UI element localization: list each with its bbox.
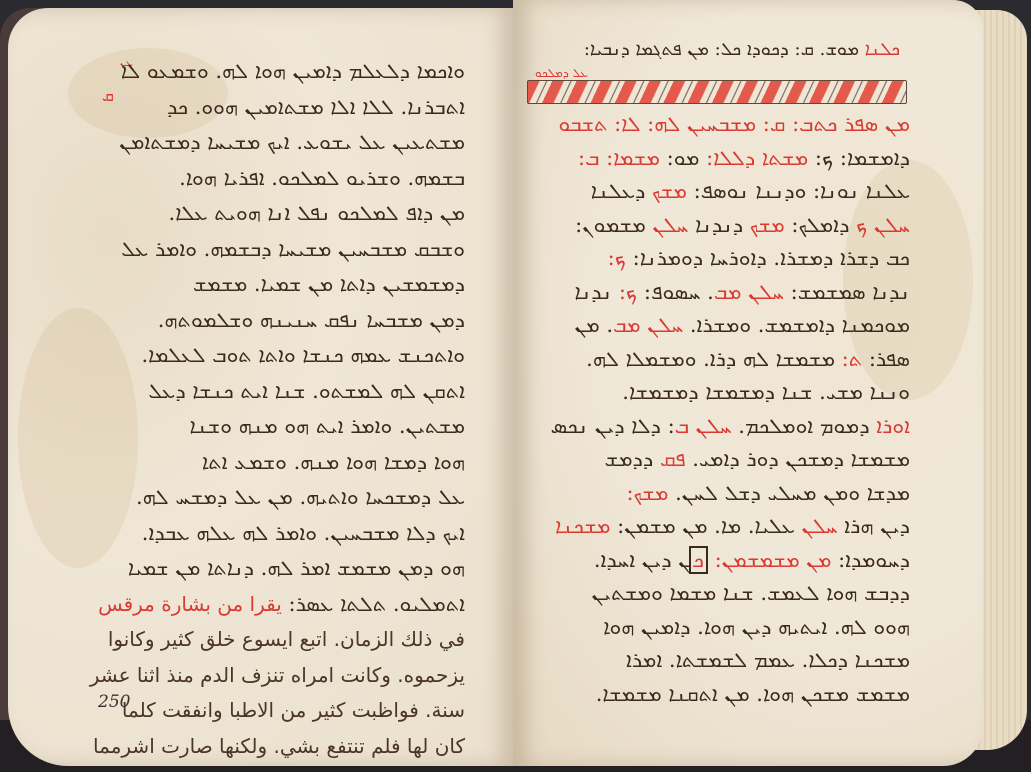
text-line: ܕܚܘܡܕܐ: ܡܢ ܡܫܡܫܡܢ: ܟܢ ܕܝܢ ܐܚܕܐ.	[520, 544, 910, 578]
text-segment: ܟܒ ܕܫܪܐ ܕܡܫܪܐ. ܕܐܘܪܚܐ ܕܘܡܪܢܐ:	[626, 246, 910, 270]
rubric-text: ܟ	[689, 546, 708, 574]
text-line: ܗܘ ܕܡܢ ܡܫܡܫ ܐܡܪ ܠܗ. ܕܢܐܬܐ ܡܢ ܫܡܝܐ	[90, 551, 465, 587]
rubric-text: ܡܢ ܣܦܪ ܟܬܒ: ܩ: ܡܫܒܚܝܢ ܠܗ: ܠܐ: ܬܫܒܘ	[559, 112, 910, 136]
header-rubric: ܟܠܢܐ	[865, 39, 900, 60]
rubric-text: ܟ:	[608, 246, 626, 270]
text-segment: ܡܫܡܫܐ ܕܡܫܟܢ ܕܘܪ ܕܐܡܝ.	[686, 447, 910, 471]
text-line: ܚܠܢ ܟ ܕܐܡܠܟ: ܡܫܟ ܕܢܕܢܐ ܚܠܢ ܡܫܡܘܢ:	[520, 209, 910, 243]
text-line: ܘܫܒܩ ܡܫܒܚܝܢ ܡܫܝܚܐ ܕܒܫܡܗ. ܘܐܡܪ ܥܠ	[90, 232, 465, 268]
rubric-text: ܚܠܢ	[802, 514, 838, 538]
text-line: ܡܫܡܫܐ ܕܡܫܟܢ ܕܘܪ ܕܐܡܝ. ܦܩ ܕܕܡܫ	[520, 443, 910, 477]
rubric-text: ܚܠܢ	[652, 213, 688, 237]
text-line: ܡܘܟܡܢܐ ܕܐܡܫܡܫ. ܘܡܫܪܐ. ܚܠܢ ܡܒ. ܡܢ	[520, 309, 910, 343]
syriac-text: ܐܬܡܠܝܘ. ܬܠܬܐ ܥܣܪ:	[289, 592, 466, 616]
text-segment: ܕܕܡܫ	[605, 447, 660, 471]
text-segment: ܡܫܡܫܐ ܠܗ ܕܪܐ. ܘܡܫܡܠܐ ܠܗ.	[586, 347, 842, 371]
text-line: ܡܕܫܐ ܘܡܢ ܡܚܠܝ ܕܫܠ ܠܚܢ. ܡܫܟ:	[520, 477, 910, 511]
text-segment: ܡܫܡܫ ܡܫܟܢ ܗܘܐ. ܡܢ ܐܬܩܢܐ ܡܫܡܫܐ.	[596, 682, 910, 706]
text-line: ܡܫܟܢܐ ܕܟܠܐ. ܥܡܡ ܠܫܡܫܬܐ. ܐܡܪܐ	[520, 644, 910, 678]
rubric-text: ܚܠܢ ܡܒ	[714, 280, 784, 304]
header-text: ܡܘܫ. ܩ: ܕܟܘܕܐ ܟܠ: ܡܢ ܦܬܓܡܐ ܕܢܒܝܐ:	[584, 39, 859, 60]
text-line: ܕܐܡܫܡܐ: ܟ: ܡܫܬܐ ܕܠܠܐ: ܡܘ: ܡܫܡܐ: ܒ:	[520, 142, 910, 176]
rubric-text: ܐܘܪܐ	[876, 414, 910, 438]
rubric-text: ܡܫܡܐ: ܒ:	[578, 146, 660, 170]
text-segment: ܡܘ:	[660, 146, 700, 170]
text-line: ܘܐܬܟܢܫ ܥܡܗ ܟܢܫܐ ܘܐܬܐ ܬܘܒ ܠܥܠܡܐ.	[90, 338, 465, 374]
text-segment: ܕܡܘܡ ܐܘܡܠܟܡ.	[732, 414, 877, 438]
header-line: ܟܠܢܐ ܡܘܫ. ܩ: ܕܟܘܕܐ ܟܠ: ܡܢ ܦܬܓܡܐ ܕܢܒܝܐ:	[530, 36, 900, 64]
text-segment: ܕܕܒܫ ܗܘܐ ܠܥܡܫ. ܫܢܐ ܡܫܡܐ ܘܡܫܬܝܢ	[592, 581, 910, 605]
text-segment: ܗܘܘ ܠܗ. ܐܝܬܝܗ ܕܝܢ ܗܘܐ. ܕܐܡܝܢ ܗܘܐ	[603, 615, 910, 639]
rubric-text: ܚܠܢ ܟ	[849, 213, 910, 237]
text-line: ܐܬܩܢ ܠܗ ܠܡܫܬܘ. ܫܢܐ ܐܝܬ ܟܢܫܐ ܕܥܠ	[90, 374, 465, 410]
rubric-text: ܡܫܟ	[750, 213, 785, 237]
text-line: ܕܡܫܡܫܝܢ ܕܐܬܐ ܡܢ ܫܡܝܐ. ܡܫܡܫ	[90, 267, 465, 303]
text-line: ܥܠܢܐ ܢܘܢܐ: ܘܕܢܢܐ ܢܘܣܦ: ܡܫܟ ܕܥܠܢܐ	[520, 175, 910, 209]
text-segment: : ܕܠܐ ܕܝܢ ܢܟܣ	[551, 414, 675, 438]
text-line: ܐܘܪܐ ܕܡܘܡ ܐܘܡܠܟܡ. ܚܠܢ ܒ: ܕܠܐ ܕܝܢ ܢܟܣ	[520, 410, 910, 444]
text-segment: ܕܐܡܫܡܐ: ܟ:	[808, 146, 910, 170]
text-line: ܢܕܢܐ ܣܡܫܡܫ: ܚܠܢ ܡܒ. ܚܣܘܦ: ܟ: ܢܕܢܐ	[520, 276, 910, 310]
text-line: ܒܫܡܗ. ܘܫܪܝܘ ܠܡܠܟܘ. ܐܦܪܝܐ ܗܘܐ.	[90, 161, 465, 197]
header-sub-rubric: ܥܠ ܕܡܠܟܘ	[535, 66, 588, 81]
text-segment: ܢ ܕܝܢ ܐܚܕܐ.	[594, 548, 690, 572]
text-line: ܗܘܐ ܕܡܫܐ ܗܘܐ ܡܢܗ. ܘܫܡܥ ܐܬܐ	[90, 445, 465, 481]
arabic-line: كان لها فلم تنتفع بشي. ولكنها صارت اشرمم…	[90, 729, 465, 765]
text-line: ܡܢ ܕܐܦ ܠܡܠܟܘ ܢܦܠ ܐܢܐ ܗܘܝܬ ܥܠܐ.	[90, 196, 465, 232]
ornament-band	[527, 80, 907, 104]
left-text-block: ܘܐܟܡܐ ܕܠܥܠܡ ܕܐܡܝܢ ܗܘܐ ܠܗ. ܘܫܡܥܘ ܠܐ ܐܬܒܪܢ…	[90, 54, 465, 764]
text-line: ܐܝܟ ܕܠܐ ܡܫܒܚܝܢ. ܘܐܡܪ ܠܗ ܥܠܗ ܥܒܕܐ.	[90, 516, 465, 552]
arabic-line: يزحموه. وكانت امراه تنزف الدم منذ اثنا ع…	[90, 658, 465, 694]
text-line: ܡܢ ܣܦܪ ܟܬܒ: ܩ: ܡܫܒܚܝܢ ܠܗ: ܠܐ: ܬܫܒܘ	[520, 108, 910, 142]
rubric-line: ܐܬܡܠܝܘ. ܬܠܬܐ ܥܣܪ: يقرا من بشارة مرقس	[90, 587, 465, 623]
arabic-rubric: يقرا من بشارة مرقس	[98, 592, 282, 616]
text-segment: ܕܚܘܡܕܐ:	[831, 548, 910, 572]
text-segment: ܕܝܢ ܗܪܐ	[838, 514, 910, 538]
rubric-text: ܡܫܟ:	[626, 481, 668, 505]
text-line: ܡܫܡܫ ܡܫܟܢ ܗܘܐ. ܡܢ ܐܬܩܢܐ ܡܫܡܫܐ.	[520, 678, 910, 712]
text-segment: ܕܐܡܠܟ:	[785, 213, 850, 237]
arabic-line: سنة. فواظبت كثير من الاطبا وانفقت كلما	[90, 693, 465, 729]
right-text-block: ܡܢ ܣܦܪ ܟܬܒ: ܩ: ܡܫܒܚܝܢ ܠܗ: ܠܐ: ܬܫܒܘܕܐܡܫܡܐ…	[520, 108, 910, 711]
text-segment: ܢܕܢܐ	[574, 280, 618, 304]
text-line: ܐܬܒܪܢܐ. ܠܠܐ ܐܠܐ ܡܫܬܐܡܝܢ ܗܘܘ. ܟܕ	[90, 90, 465, 126]
rubric-text: ܟ:	[619, 280, 637, 304]
text-line: ܟܒ ܕܫܪܐ ܕܡܫܪܐ. ܕܐܘܪܚܐ ܕܘܡܪܢܐ: ܟ:	[520, 242, 910, 276]
text-segment: ܢܕܢܐ ܣܡܫܡܫ:	[784, 280, 910, 304]
text-line: ܥܠ ܕܡܫܟܚܐ ܘܐܬܝܗ. ܡܢ ܥܠ ܕܡܫܚ ܠܗ.	[90, 480, 465, 516]
text-line: ܕܕܒܫ ܗܘܐ ܠܥܡܫ. ܫܢܐ ܡܫܡܐ ܘܡܫܬܝܢ	[520, 577, 910, 611]
text-line: ܕܡܢ ܡܫܒܚܐ ܢܦܩ ܚܢܝܢܗ ܘܫܠܡܘܬܗ.	[90, 303, 465, 339]
right-header: ܟܠܢܐ ܡܘܫ. ܩ: ܕܟܘܕܐ ܟܠ: ܡܢ ܦܬܓܡܐ ܕܢܒܝܐ:	[530, 36, 900, 64]
rubric-text: ܚܠܢ ܒ	[675, 414, 732, 438]
text-line: ܡܫܬܝܢ. ܘܐܡܪ ܐܝܬ ܗܘ ܡܢܗ ܘܫܢܐ	[90, 409, 465, 445]
arabic-line: في ذلك الزمان. اتبع ايسوع خلق كثير وكانو…	[90, 622, 465, 658]
rubric-text: ܦܩ	[660, 447, 686, 471]
text-line: ܡܫܬܥܝܢ ܥܠ ܝܫܘܥ. ܐܝܟ ܡܫܝܚܐ ܕܡܫܬܐܡܢ	[90, 125, 465, 161]
text-segment: ܣܦܪ:	[862, 347, 910, 371]
folio-number: 250	[98, 692, 130, 712]
text-segment: ܡܘܟܡܢܐ ܕܐܡܫܡܫ. ܘܡܫܪܐ.	[683, 313, 910, 337]
text-segment: . ܚܣܘܦ:	[637, 280, 714, 304]
rubric-text: ܚܠܢ ܡܒ	[613, 313, 683, 337]
rubric-text: ܡܫܟܢܐ	[555, 514, 610, 538]
rubric-text: ܡܫܬܐ ܕܠܠܐ:	[699, 146, 808, 170]
text-segment: ܥܠܝܐ. ܡܐ. ܡܢ ܡܫܡܢ:	[610, 514, 801, 538]
text-segment: . ܡܢ	[575, 313, 613, 337]
rubric-text: ܡܢ ܡܫܡܫܡܢ:	[708, 548, 831, 572]
text-line: ܘܢܢܐ ܡܫܝ. ܫܢܐ ܕܡܫܡܫܐ ܕܡܫܡܫܐ.	[520, 376, 910, 410]
text-segment: ܕܢܕܢܐ	[688, 213, 749, 237]
text-segment: ܡܫܡܘܢ:	[575, 213, 652, 237]
rubric-text: ܬ:	[842, 347, 862, 371]
rubric-text: ܡܫܟ	[652, 179, 687, 203]
text-line: ܗܘܘ ܠܗ. ܐܝܬܝܗ ܕܝܢ ܗܘܐ. ܕܐܡܝܢ ܗܘܐ	[520, 611, 910, 645]
text-line: ܕܝܢ ܗܪܐ ܚܠܢ ܥܠܝܐ. ܡܐ. ܡܢ ܡܫܡܢ: ܡܫܟܢܐ	[520, 510, 910, 544]
text-segment: ܡܕܫܐ ܘܡܢ ܡܚܠܝ ܕܫܠ ܠܚܢ.	[668, 481, 910, 505]
text-segment: ܘܢܢܐ ܡܫܝ. ܫܢܐ ܕܡܫܡܫܐ ܕܡܫܡܫܐ.	[622, 380, 910, 404]
text-segment: ܥܠܢܐ ܢܘܢܐ: ܘܕܢܢܐ ܢܘܣܦ:	[687, 179, 910, 203]
text-line: ܣܦܪ: ܬ: ܡܫܡܫܐ ܠܗ ܕܪܐ. ܘܡܫܡܠܐ ܠܗ.	[520, 343, 910, 377]
text-segment: ܡܫܟܢܐ ܕܟܠܐ. ܥܡܡ ܠܫܡܫܬܐ. ܐܡܪܐ	[626, 648, 910, 672]
text-segment: ܕܥܠܢܐ	[591, 179, 652, 203]
text-line: ܘܐܟܡܐ ܕܠܥܠܡ ܕܐܡܝܢ ܗܘܐ ܠܗ. ܘܫܡܥܘ ܠܐ	[90, 54, 465, 90]
